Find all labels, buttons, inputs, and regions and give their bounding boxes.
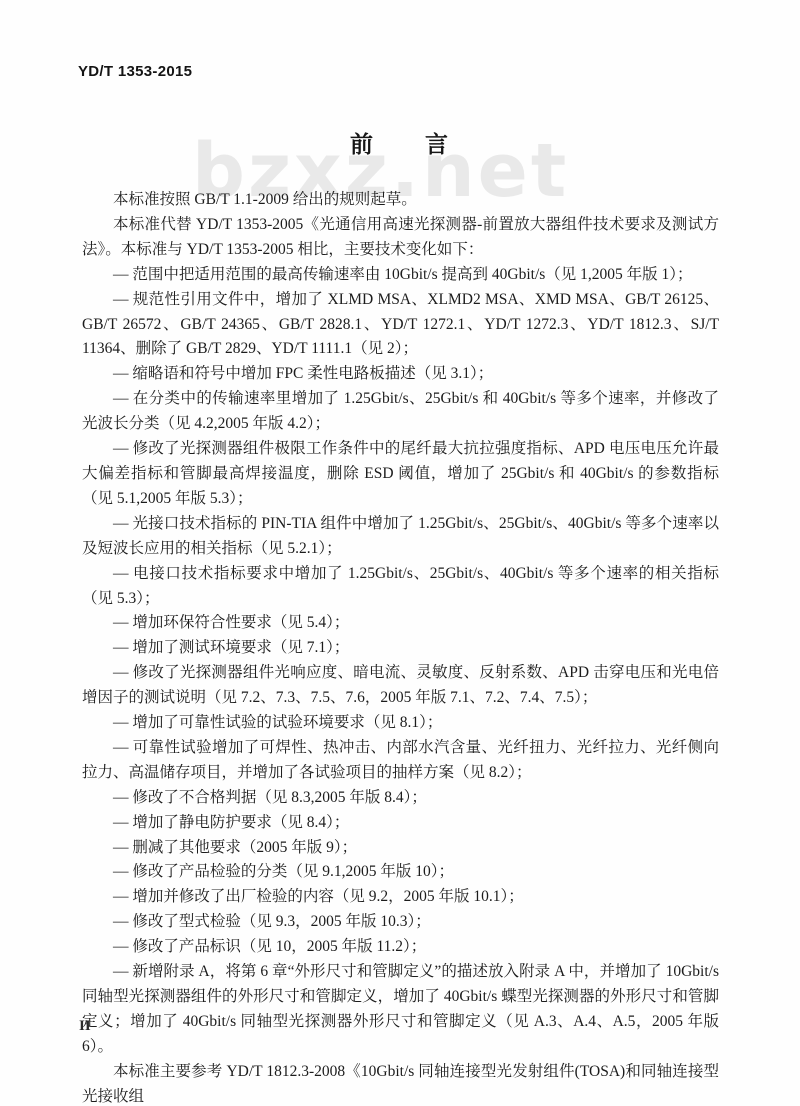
paragraph: — 范围中把适用范围的最高传输速率由 10Gbit/s 提高到 40Gbit/s…	[82, 263, 719, 288]
paragraph: — 光接口技术指标的 PIN-TIA 组件中增加了 1.25Gbit/s、25G…	[82, 512, 719, 562]
paragraph: — 电接口技术指标要求中增加了 1.25Gbit/s、25Gbit/s、40Gb…	[82, 562, 719, 612]
page-title-foreword: 前 言	[0, 126, 800, 159]
document-body: 本标准按照 GB/T 1.1-2009 给出的规则起草。本标准代替 YD/T 1…	[82, 188, 719, 1106]
paragraph: — 修改了不合格判据（见 8.3,2005 年版 8.4）；	[82, 786, 719, 811]
paragraph: — 可靠性试验增加了可焊性、热冲击、内部水汽含量、光纤扭力、光纤拉力、光纤侧向拉…	[82, 736, 719, 786]
paragraph: — 增加了静电防护要求（见 8.4）；	[82, 811, 719, 836]
paragraph: — 缩略语和符号中增加 FPC 柔性电路板描述（见 3.1）；	[82, 362, 719, 387]
paragraph: 本标准代替 YD/T 1353-2005《光通信用高速光探测器-前置放大器组件技…	[82, 213, 719, 263]
paragraph: — 在分类中的传输速率里增加了 1.25Gbit/s、25Gbit/s 和 40…	[82, 387, 719, 437]
paragraph: — 修改了产品标识（见 10，2005 年版 11.2）；	[82, 935, 719, 960]
document-page: YD/T 1353-2015 bzxz.net 前 言 本标准按照 GB/T 1…	[0, 0, 800, 1106]
paragraph: — 增加环保符合性要求（见 5.4）；	[82, 611, 719, 636]
paragraph: 本标准按照 GB/T 1.1-2009 给出的规则起草。	[82, 188, 719, 213]
paragraph: 本标准主要参考 YD/T 1812.3-2008《10Gbit/s 同轴连接型光…	[82, 1060, 719, 1106]
paragraph: — 修改了产品检验的分类（见 9.1,2005 年版 10）；	[82, 860, 719, 885]
paragraph: — 增加并修改了出厂检验的内容（见 9.2，2005 年版 10.1）；	[82, 885, 719, 910]
paragraph: — 新增附录 A，将第 6 章“外形尺寸和管脚定义”的描述放入附录 A 中，并增…	[82, 960, 719, 1060]
paragraph: — 修改了型式检验（见 9.3，2005 年版 10.3）；	[82, 910, 719, 935]
paragraph: — 修改了光探测器组件光响应度、暗电流、灵敏度、反射系数、APD 击穿电压和光电…	[82, 661, 719, 711]
paragraph: — 增加了测试环境要求（见 7.1）；	[82, 636, 719, 661]
page-number: II	[79, 1018, 91, 1035]
paragraph: — 修改了光探测器组件极限工作条件中的尾纤最大抗拉强度指标、APD 电压电压允许…	[82, 437, 719, 512]
paragraph: — 删减了其他要求（2005 年版 9）；	[82, 836, 719, 861]
paragraph: — 增加了可靠性试验的试验环境要求（见 8.1）；	[82, 711, 719, 736]
paragraph: — 规范性引用文件中，增加了 XLMD MSA、XLMD2 MSA、XMD MS…	[82, 288, 719, 363]
standard-number-header: YD/T 1353-2015	[78, 63, 192, 80]
